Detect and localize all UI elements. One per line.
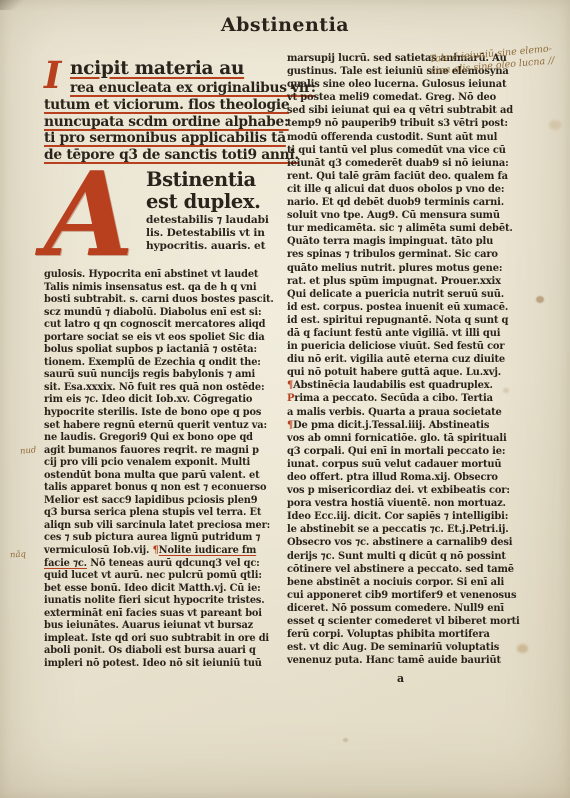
text-line: aboli ponit. Os diaboli est bursa auari … bbox=[44, 645, 272, 658]
text-line: a malis verbis. Quarta a praua societate bbox=[287, 406, 516, 419]
text-line: quid lucet vt aurū. nec pulcrū pomū qtli… bbox=[44, 570, 272, 583]
text-line: saurū suū nuncijs regis babylonis ⁊ ami bbox=[44, 369, 272, 382]
text-line: rim eis ⁊c. Ideo dicit Iob.xv. Cōgregati… bbox=[44, 394, 272, 407]
text-line: cui apponeret cib9 mortifer9 et venenosu… bbox=[287, 589, 516, 602]
text-line: qui nō potuit habere guttā aque. Lu.xvj. bbox=[287, 366, 516, 379]
incipit-line: ncipit materia au bbox=[44, 58, 272, 80]
text-line: de tēpore q3 de sanctis toti9 anni. bbox=[44, 147, 272, 164]
text-line: dā q faciunt festū ante vigiliā. vt illi… bbox=[287, 327, 516, 340]
text-line: res spinas ⁊ tribulos germinat. Sic caro bbox=[287, 248, 516, 261]
text-line: vos p misericordiaz dei. vt exbibeatis c… bbox=[287, 484, 516, 497]
text-line: q3 bursa serica plena stupis vel terra. … bbox=[44, 507, 272, 520]
text-line: vt postea meli9 comedat. Greg. Nō deo bbox=[287, 91, 516, 104]
text-line: aliqn sub vili sarcinula latet preciosa … bbox=[44, 520, 272, 533]
text-line: pora vestra hostiā viuentē. non mortuaz. bbox=[287, 497, 516, 510]
text-line: ostendūt bona multa que parū valent. et bbox=[44, 470, 272, 483]
text-line: diu nō erit. vigilia autē eterna cuz diu… bbox=[287, 353, 516, 366]
incipit-lines: rea enucleata ex originalibus vir:tutum … bbox=[44, 80, 272, 164]
text-line: bene abstinēt a nociuis corpor. Si enī a… bbox=[287, 576, 516, 589]
left-text-column: I ncipit materia au rea enucleata ex ori… bbox=[44, 58, 272, 670]
text-line: diceret. Nō possum comedere. Null9 enī bbox=[287, 602, 516, 615]
text-line: hypocrite sterilis. Iste de bono ope q p… bbox=[44, 407, 272, 420]
text-line: impleri nō potest. Ideo nō sit ieiuniū t… bbox=[44, 658, 272, 671]
paper-stain bbox=[549, 120, 561, 130]
text-line: tionem. Exemplū de Ezechia q ondit the: bbox=[44, 357, 272, 370]
paper-stain bbox=[517, 644, 528, 653]
text-line: modū offerenda custodit. Sunt aūt mul bbox=[287, 131, 516, 144]
text-line: talis apparet bonus q non est ⁊ econuers… bbox=[44, 482, 272, 495]
text-line: bolus spoliat supbos p iactaniā ⁊ ostēta… bbox=[44, 344, 272, 357]
text-line: ieiunāt q3 comederēt duab9 si nō ieiuna: bbox=[287, 157, 516, 170]
text-line: extermināt enī facies suas vt pareant bo… bbox=[44, 608, 272, 621]
text-line: id est. corpus. postea inuenit eū xumacē… bbox=[287, 301, 516, 314]
text-line: derijs ⁊c. Sunt multi q dicūt q nō possi… bbox=[287, 550, 516, 563]
text-line: gulosis. Hypocrita enī abstinet vt laude… bbox=[44, 269, 272, 282]
text-line: sit. Esa.xxxix. Nō fuit res quā non ostē… bbox=[44, 382, 272, 395]
text-line: rat. et plus spūm impugnat. Prouer.xxix bbox=[287, 275, 516, 288]
text-line: ¶Abstinēcia laudabilis est quadruplex. bbox=[287, 379, 516, 392]
text-line: ti qui tantū vel plus comedūt vna vice c… bbox=[287, 144, 516, 157]
text-line: Talis nimis insensatus est. qa de h q vn… bbox=[44, 282, 272, 295]
text-line: ti pro sermonibus applicabilis tā bbox=[44, 130, 272, 147]
text-line: ferū corpi. Voluptas phibita mortifera bbox=[287, 628, 516, 641]
left-column-body: gulosis. Hypocrita enī abstinet vt laude… bbox=[44, 269, 272, 671]
text-line: vermiculosū Iob.vij. ¶Nolite iudicare fm bbox=[44, 545, 272, 558]
text-line: sed sibi ieiunat qui ea q vētri subtrabi… bbox=[287, 104, 516, 117]
text-line: vos ab omni fornicatiōe. glo. tā spiritu… bbox=[287, 432, 516, 445]
decorated-initial-A: A bbox=[44, 169, 146, 264]
text-line: portare sociat se eis vt eos spoliet Sic… bbox=[44, 332, 272, 345]
running-title: Abstinentia bbox=[0, 14, 570, 36]
incipit-initial-letter: I bbox=[44, 58, 70, 92]
text-line: rent. Qui talē grām faciūt deo. qualem f… bbox=[287, 170, 516, 183]
text-line: Ideo Ecc.iij. dicit. Cor sapiēs ⁊ intell… bbox=[287, 510, 516, 523]
text-line: Prima a peccato. Secūda a cibo. Tertia bbox=[287, 392, 516, 405]
handwritten-marginalia-left-upper: nud bbox=[20, 445, 37, 457]
text-line: id est. spiritui repugnantē. Nota q sunt… bbox=[287, 314, 516, 327]
text-line: tur medicamēta. sic ⁊ alimēta sumi debēt… bbox=[287, 222, 516, 235]
text-line: rea enucleata ex originalibus vir: bbox=[44, 80, 272, 97]
text-line: in puericia deliciose viuūt. Sed festū c… bbox=[287, 340, 516, 353]
text-line: Obsecro vos ⁊c. abstinere a carnalib9 de… bbox=[287, 536, 516, 549]
text-line: qualis sine oleo lucerna. Gulosus ieiuna… bbox=[287, 78, 516, 91]
text-line: soluit vno tpe. Aug9. Cū mensura sumū bbox=[287, 209, 516, 222]
text-line: bet esse bonū. Ideo dicit Matth.vj. Cū i… bbox=[44, 583, 272, 596]
quire-signature: a bbox=[287, 672, 516, 685]
text-line: nario. Et qd debēt duob9 terminis carni. bbox=[287, 196, 516, 209]
text-line: ¶De pma dicit.j.Tessal.iiij. Abstineatis bbox=[287, 419, 516, 432]
text-line: est. vt dic Aug. De seminariū voluptatis bbox=[287, 641, 516, 654]
handwritten-marginalia-left-lower: nãq bbox=[10, 549, 27, 560]
text-line: cij pro vili pcio venalem exponit. Multi bbox=[44, 457, 272, 470]
text-line: iunat. corpus suū velut cadauer mortuū bbox=[287, 458, 516, 471]
text-line: cōtinere vel abstinere a peccato. sed ta… bbox=[287, 563, 516, 576]
text-line: ces ⁊ sub pictura aurea lignū putridum ⁊ bbox=[44, 532, 272, 545]
text-line: facie ⁊c. Nō teneas aurū qdcunq3 vel qc: bbox=[44, 558, 272, 571]
scan-corner-shadow bbox=[0, 0, 26, 10]
incipit-rubric: I ncipit materia au rea enucleata ex ori… bbox=[44, 58, 272, 164]
text-line: set habere regnū eternū querit ventuz va… bbox=[44, 420, 272, 433]
text-line: temp9 nō pauperib9 tribuit s3 vētri post… bbox=[287, 117, 516, 130]
text-line: ne laudis. Gregori9 Qui ex bono ope qd bbox=[44, 432, 272, 445]
text-line: deo offert. ptra illud Roma.xij. Obsecro bbox=[287, 471, 516, 484]
text-line: q3 corpali. Qui enī in mortali peccato i… bbox=[287, 445, 516, 458]
text-line: nuncupata scdm ordine alphabe: bbox=[44, 114, 272, 131]
paper-stain bbox=[343, 738, 348, 742]
text-line: Qui delicate a puericia nutrit seruū suū… bbox=[287, 288, 516, 301]
text-line: agit bumanos fauores reqrit. re magni p bbox=[44, 445, 272, 458]
text-line: iunatis nolite fieri sicut hypocrite tri… bbox=[44, 595, 272, 608]
text-line: bosti subtrabit. s. carni duos bostes pa… bbox=[44, 294, 272, 307]
right-text-column: marsupij lucrū. sed satietas animarū. Au… bbox=[287, 52, 516, 685]
text-line: impleat. Iste qd ori suo subtrabit in or… bbox=[44, 633, 272, 646]
text-line: cut latro q qn cognoscit mercatores aliq… bbox=[44, 319, 272, 332]
text-line: Quāto terra magis impinguat. tāto plu bbox=[287, 235, 516, 248]
text-line: tutum et viciorum. flos theologie bbox=[44, 97, 272, 114]
text-line: Melior est sacc9 lapidibus pciosis plen9 bbox=[44, 495, 272, 508]
chapter-opening: A Bstinentiaest duplex. detestabilis ⁊ l… bbox=[44, 169, 272, 269]
text-line: quāto melius nutrit. plures motus gene: bbox=[287, 262, 516, 275]
text-line: bus ieiunātes. Auarus ieiunat vt bursaz bbox=[44, 620, 272, 633]
right-column-body: marsupij lucrū. sed satietas animarū. Au… bbox=[287, 52, 516, 667]
text-line: scz mundū ⁊ diabolū. Diabolus enī est si… bbox=[44, 307, 272, 320]
text-line: le abstinebit se a peccatis ⁊c. Et.j.Pet… bbox=[287, 523, 516, 536]
text-line: venenuz puta. Hanc tamē auide bauriūt bbox=[287, 654, 516, 667]
paper-stain bbox=[536, 296, 544, 303]
text-line: cit ille q alicui dat duos obolos p vno … bbox=[287, 183, 516, 196]
text-line: esset q scienter comederet vl biberet mo… bbox=[287, 615, 516, 628]
